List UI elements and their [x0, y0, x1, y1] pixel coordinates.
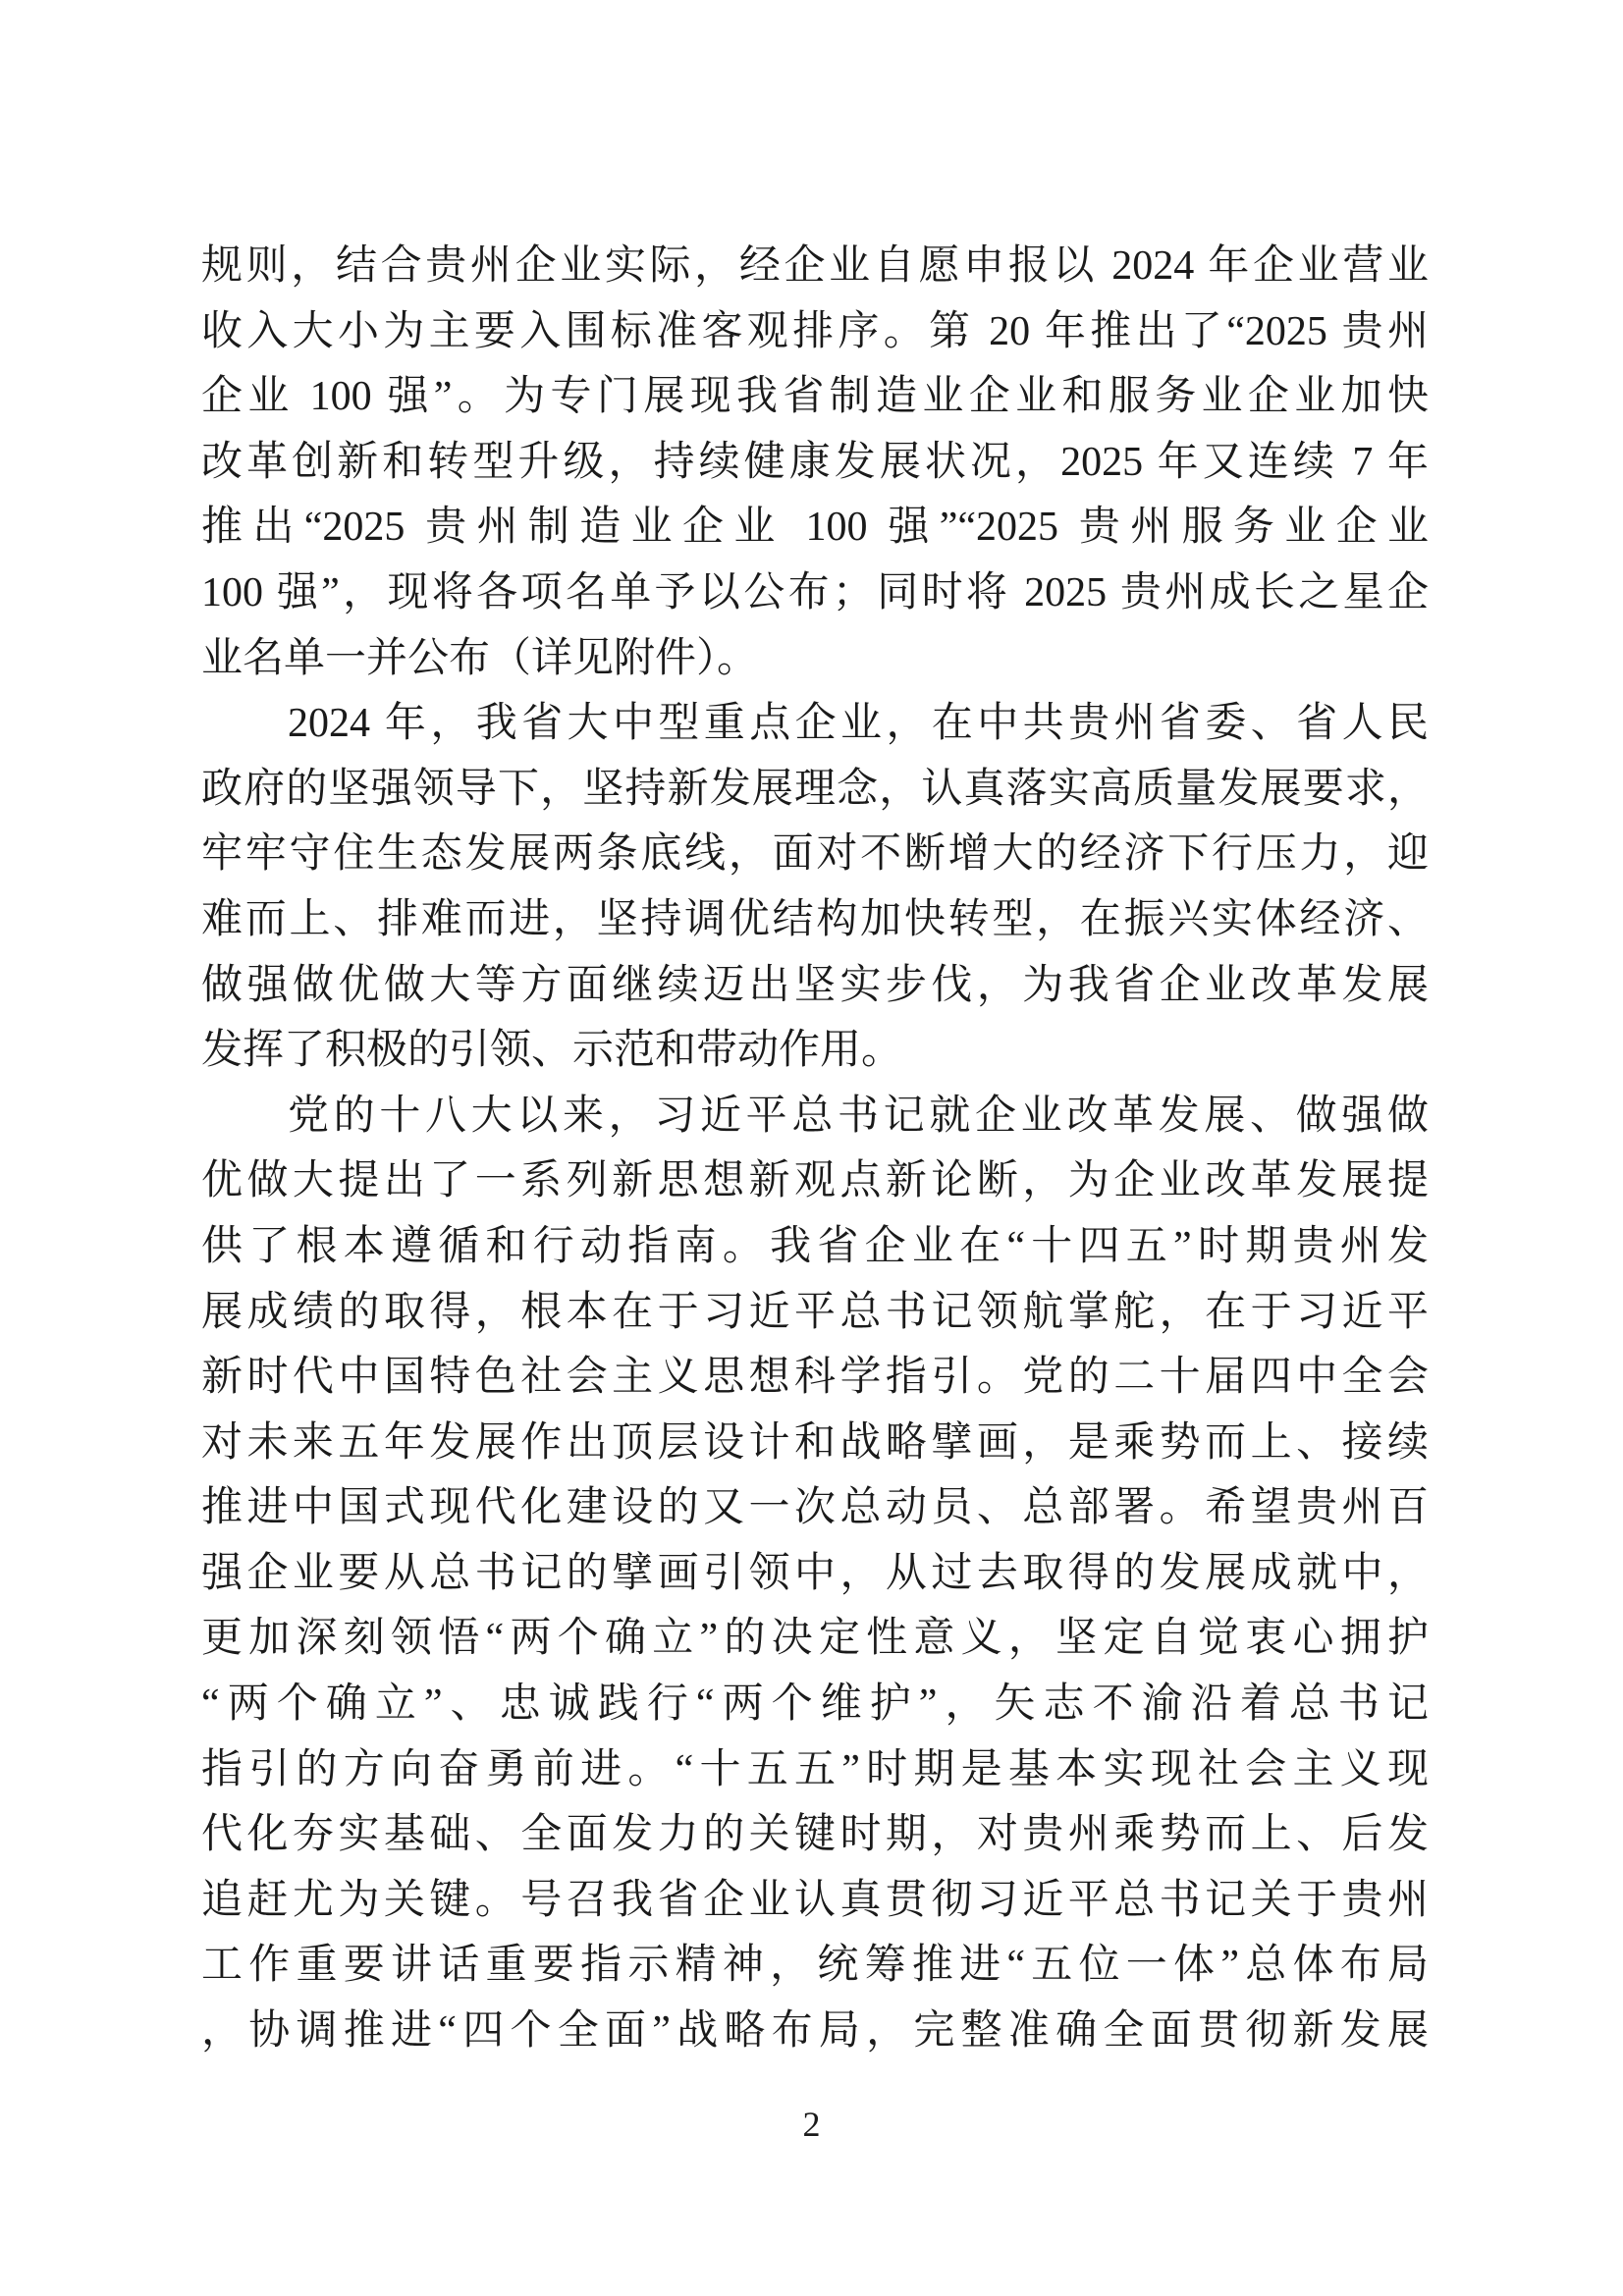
text-line: 规则，结合贵州企业实际，经企业自愿申报以 2024 年企业营业 — [201, 234, 1429, 299]
text-line: 供了根本遵循和行动指南。我省企业在“十四五”时期贵州发 — [201, 1214, 1429, 1280]
text-line: 做强做优做大等方面继续迈出坚实步伐，为我省企业改革发展 — [201, 953, 1429, 1019]
text-line: 更加深刻领悟“两个确立”的决定性意义，坚定自觉衷心拥护 — [201, 1606, 1429, 1672]
text-line: 工作重要讲话重要指示精神，统筹推进“五位一体”总体布局 — [201, 1933, 1429, 1999]
text-line: 党的十八大以来，习近平总书记就企业改革发展、做强做 — [201, 1084, 1429, 1149]
text-line: 发挥了积极的引领、示范和带动作用。 — [201, 1018, 1429, 1084]
text-line: 收入大小为主要入围标准客观排序。第 20 年推出了“2025 贵州 — [201, 299, 1429, 365]
document-page: 规则，结合贵州企业实际，经企业自愿申报以 2024 年企业营业收入大小为主要入围… — [0, 0, 1623, 2296]
text-line: 对未来五年发展作出顶层设计和战略擘画，是乘势而上、接续 — [201, 1411, 1429, 1476]
page-number: 2 — [0, 2101, 1623, 2148]
text-line: 追赶尤为关键。号召我省企业认真贯彻习近平总书记关于贵州 — [201, 1868, 1429, 1934]
text-line: 业名单一并公布（详见附件）。 — [201, 626, 1429, 692]
text-line: 展成绩的取得，根本在于习近平总书记领航掌舵，在于习近平 — [201, 1280, 1429, 1346]
text-line: 优做大提出了一系列新思想新观点新论断，为企业改革发展提 — [201, 1148, 1429, 1214]
text-line: 改革创新和转型升级，持续健康发展状况，2025 年又连续 7 年 — [201, 430, 1429, 496]
text-line: 100 强”，现将各项名单予以公布；同时将 2025 贵州成长之星企 — [201, 561, 1429, 626]
text-line: ，协调推进“四个全面”战略布局，完整准确全面贯彻新发展 — [201, 1999, 1429, 2064]
text-line: 推进中国式现代化建设的又一次总动员、总部署。希望贵州百 — [201, 1475, 1429, 1541]
text-line: 代化夯实基础、全面发力的关键时期，对贵州乘势而上、后发 — [201, 1802, 1429, 1868]
text-line: 指引的方向奋勇前进。“十五五”时期是基本实现社会主义现 — [201, 1737, 1429, 1803]
text-line: 牢牢守住生态发展两条底线，面对不断增大的经济下行压力，迎 — [201, 822, 1429, 887]
text-line: 推出“2025 贵州制造业企业 100 强”“2025 贵州服务业企业 — [201, 495, 1429, 561]
text-line: 政府的坚强领导下，坚持新发展理念，认真落实高质量发展要求， — [201, 757, 1429, 823]
text-line: “两个确立”、忠诚践行“两个维护”，矢志不渝沿着总书记 — [201, 1672, 1429, 1737]
text-line: 强企业要从总书记的擘画引领中，从过去取得的发展成就中， — [201, 1541, 1429, 1607]
text-line: 2024 年，我省大中型重点企业，在中共贵州省委、省人民 — [201, 691, 1429, 757]
body-text: 规则，结合贵州企业实际，经企业自愿申报以 2024 年企业营业收入大小为主要入围… — [201, 234, 1429, 2064]
text-line: 企业 100 强”。为专门展现我省制造业企业和服务业企业加快 — [201, 364, 1429, 430]
text-line: 难而上、排难而进，坚持调优结构加快转型，在振兴实体经济、 — [201, 887, 1429, 953]
text-line: 新时代中国特色社会主义思想科学指引。党的二十届四中全会 — [201, 1345, 1429, 1411]
